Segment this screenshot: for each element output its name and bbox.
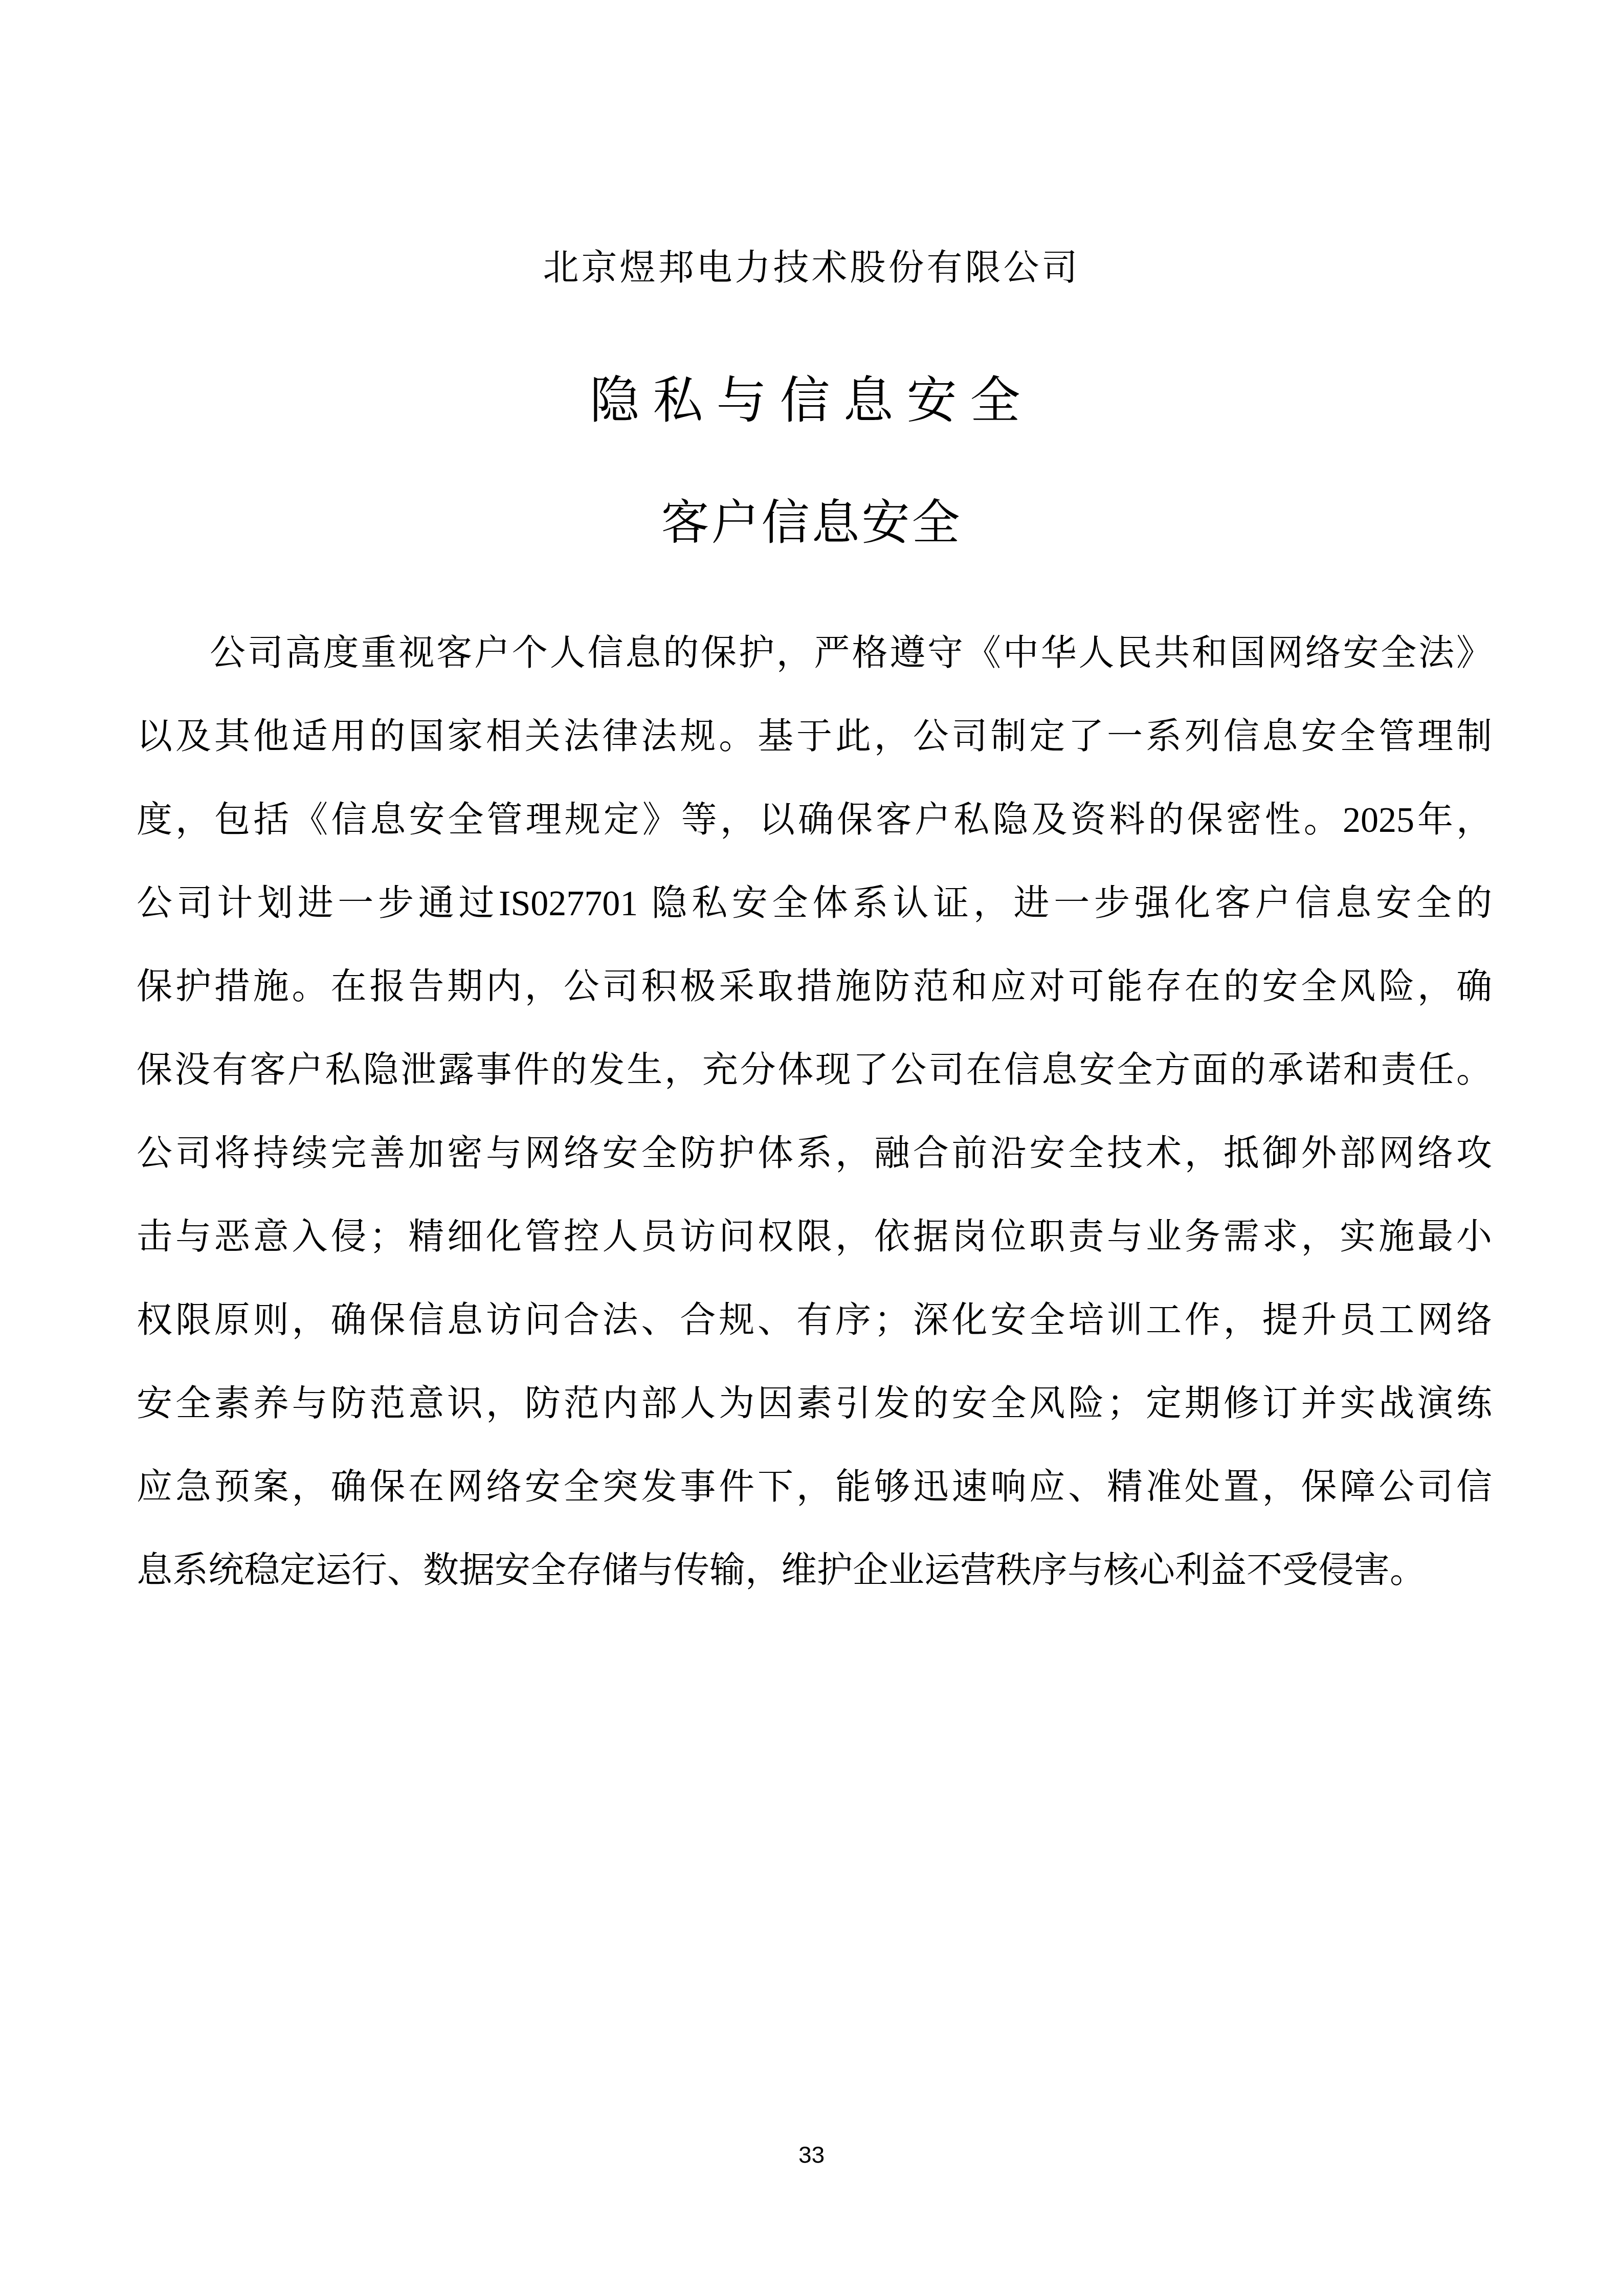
paragraph-line: 安全素养与防范意识，防范内部人为因素引发的安全风险；定期修订并实战演练 [137,1362,1492,1446]
paragraph-line: 保护措施。在报告期内，公司积极采取措施防范和应对可能存在的安全风险，确 [137,945,1492,1029]
paragraph-line: 公司高度重视客户个人信息的保护，严格遵守《中华人民共和国网络安全法》 [137,612,1492,695]
document-page: 北京煜邦电力技术股份有限公司 隐私与信息安全 客户信息安全 公司高度重视客户个人… [0,0,1623,2296]
paragraph-line: 公司计划进一步通过IS027701 隐私安全体系认证，进一步强化客户信息安全的 [137,862,1492,945]
page-title: 隐私与信息安全 [0,373,1623,429]
body-paragraph: 公司高度重视客户个人信息的保护，严格遵守《中华人民共和国网络安全法》 以及其他适… [137,612,1492,1613]
paragraph-line: 息系统稳定运行、数据安全存储与传输，维护企业运营秩序与核心利益不受侵害。 [137,1529,1492,1613]
section-subtitle: 客户信息安全 [0,497,1623,549]
company-name-header: 北京煜邦电力技术股份有限公司 [0,250,1623,288]
paragraph-line: 公司将持续完善加密与网络安全防护体系，融合前沿安全技术，抵御外部网络攻 [137,1112,1492,1196]
paragraph-line: 度，包括《信息安全管理规定》等，以确保客户私隐及资料的保密性。2025年， [137,779,1492,862]
paragraph-line: 以及其他适用的国家相关法律法规。基于此，公司制定了一系列信息安全管理制 [137,695,1492,779]
paragraph-line: 应急预案，确保在网络安全突发事件下，能够迅速响应、精准处置，保障公司信 [137,1446,1492,1529]
paragraph-line: 击与恶意入侵；精细化管控人员访问权限，依据岗位职责与业务需求，实施最小 [137,1196,1492,1279]
paragraph-line: 权限原则，确保信息访问合法、合规、有序；深化安全培训工作，提升员工网络 [137,1279,1492,1362]
page-number: 33 [0,2142,1623,2168]
paragraph-line: 保没有客户私隐泄露事件的发生，充分体现了公司在信息安全方面的承诺和责任。 [137,1029,1492,1112]
